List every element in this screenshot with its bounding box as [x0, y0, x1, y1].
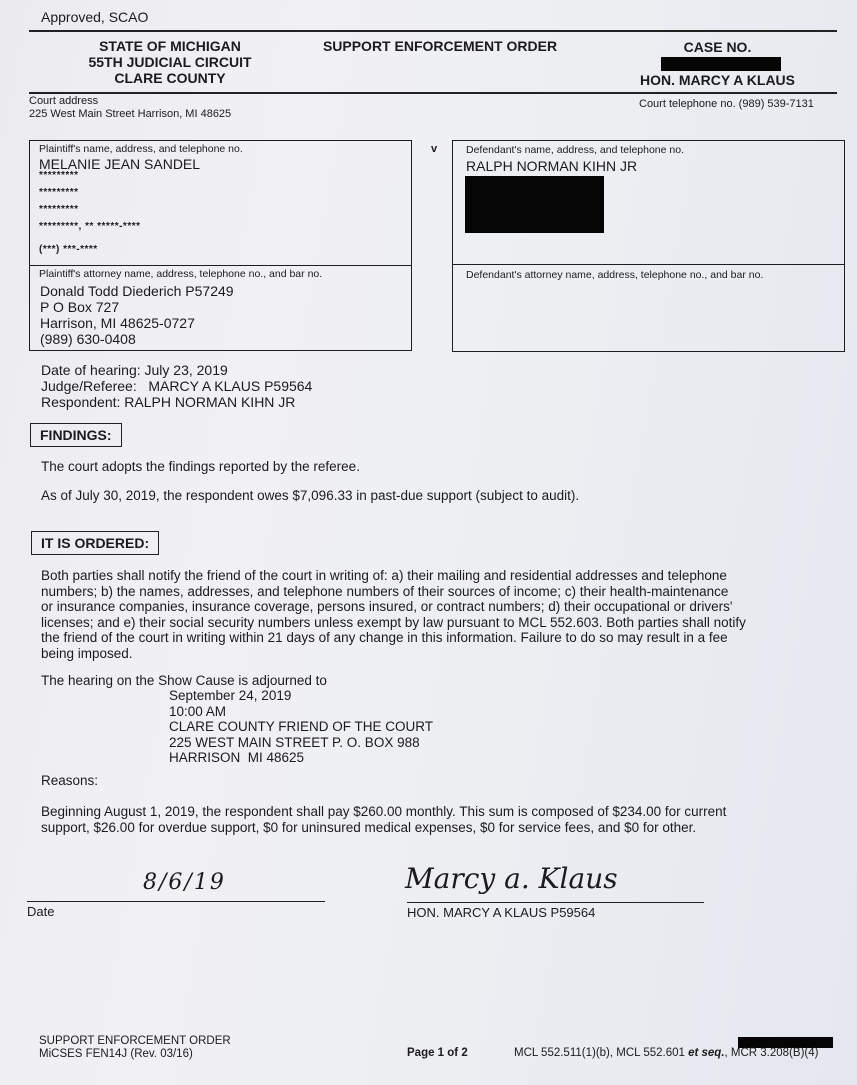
defendant-box-divider: [452, 264, 845, 265]
reasons-label: Reasons:: [41, 773, 98, 789]
paragraph-line: being imposed.: [41, 646, 746, 662]
attorney-city: Harrison, MI 48625-0727: [40, 315, 234, 331]
masked-phone: (***) ***-****: [39, 241, 141, 258]
header-bottom-rule: [29, 92, 837, 94]
footer-form-info: SUPPORT ENFORCEMENT ORDER MiCSES FEN14J …: [39, 1035, 231, 1061]
citation-post: , MCR 3.208(B)(4): [725, 1047, 819, 1059]
header-top-rule: [29, 30, 837, 32]
paragraph-line: numbers; b) the names, addresses, and te…: [41, 584, 746, 600]
adjourned-time: 10:00 AM: [169, 704, 433, 720]
adjourned-street: 225 WEST MAIN STREET P. O. BOX 988: [169, 735, 433, 751]
court-state: STATE OF MICHIGAN: [40, 38, 300, 54]
judge-signature-line: [407, 902, 704, 903]
footer-form-name: SUPPORT ENFORCEMENT ORDER: [39, 1035, 231, 1048]
hearing-respondent: Respondent: RALPH NORMAN KIHN JR: [41, 394, 312, 410]
defendant-attorney-label: Defendant's attorney name, address, tele…: [466, 269, 763, 281]
statute-citation: MCL 552.511(1)(b), MCL 552.601 et seq., …: [514, 1047, 818, 1059]
masked-line: *********: [39, 167, 141, 184]
judge-signature: Marcy a. Klaus: [405, 862, 618, 895]
findings-past-due: As of July 30, 2019, the respondent owes…: [41, 488, 579, 504]
defendant-name: RALPH NORMAN KIHN JR: [466, 158, 637, 174]
court-address: 225 West Main Street Harrison, MI 48625: [29, 108, 231, 121]
findings-adopted: The court adopts the findings reported b…: [41, 459, 360, 475]
court-name: STATE OF MICHIGAN 55TH JUDICIAL CIRCUIT …: [40, 38, 300, 86]
attorney-po-box: P O Box 727: [40, 299, 234, 315]
attorney-phone: (989) 630-0408: [40, 331, 234, 347]
adjourned-details: September 24, 2019 10:00 AM CLARE COUNTY…: [169, 688, 433, 766]
citation-pre: MCL 552.511(1)(b), MCL 552.601: [514, 1047, 688, 1059]
case-number-label: CASE NO.: [630, 39, 805, 55]
payment-line: Beginning August 1, 2019, the respondent…: [41, 804, 726, 820]
adjourned-intro: The hearing on the Show Cause is adjourn…: [41, 673, 327, 689]
court-circuit: 55TH JUDICIAL CIRCUIT: [40, 54, 300, 70]
page-number: Page 1 of 2: [407, 1047, 468, 1059]
citation-et-seq: et seq.: [688, 1047, 724, 1059]
court-telephone: Court telephone no. (989) 539-7131: [639, 98, 814, 111]
approved-label: Approved, SCAO: [41, 9, 148, 25]
adjourned-location: CLARE COUNTY FRIEND OF THE COURT: [169, 719, 433, 735]
findings-heading: FINDINGS:: [30, 423, 122, 447]
plaintiff-attorney-label: Plaintiff's attorney name, address, tele…: [39, 268, 322, 280]
case-number-redacted: [661, 57, 781, 71]
payment-line: support, $26.00 for overdue support, $0 …: [41, 820, 726, 836]
plaintiff-label: Plaintiff's name, address, and telephone…: [39, 143, 243, 155]
plaintiff-attorney-info: Donald Todd Diederich P57249 P O Box 727…: [40, 283, 234, 347]
judge-name: HON. MARCY A KLAUS: [620, 72, 815, 88]
signer-name: HON. MARCY A KLAUS P59564: [407, 905, 595, 920]
footer-form-code: MiCSES FEN14J (Rev. 03/16): [39, 1048, 231, 1061]
court-county: CLARE COUNTY: [40, 70, 300, 86]
hearing-info: Date of hearing: July 23, 2019 Judge/Ref…: [41, 362, 312, 410]
hearing-judge: Judge/Referee: MARCY A KLAUS P59564: [41, 378, 312, 394]
adjourned-city: HARRISON MI 48625: [169, 750, 433, 766]
defendant-address-redacted: [465, 176, 604, 233]
payment-paragraph: Beginning August 1, 2019, the respondent…: [41, 804, 726, 835]
versus-label: v: [431, 143, 437, 155]
masked-line: *********: [39, 184, 141, 201]
handwritten-date: 8/6/19: [143, 870, 226, 895]
paragraph-line: the friend of the court in writing withi…: [41, 630, 746, 646]
masked-line: *********, ** *****-****: [39, 218, 141, 235]
hearing-date: Date of hearing: July 23, 2019: [41, 362, 312, 378]
court-address-label: Court address: [29, 95, 98, 108]
paragraph-line: Both parties shall notify the friend of …: [41, 568, 746, 584]
notification-paragraph: Both parties shall notify the friend of …: [41, 568, 746, 661]
adjourned-date: September 24, 2019: [169, 688, 433, 704]
paragraph-line: licenses; and e) their social security n…: [41, 615, 746, 631]
plaintiff-address-masked: ********* ********* ********* *********,…: [39, 167, 141, 258]
paragraph-line: or insurance companies, insurance covera…: [41, 599, 746, 615]
date-signature-line: [27, 901, 325, 902]
attorney-name: Donald Todd Diederich P57249: [40, 283, 234, 299]
date-label: Date: [27, 904, 54, 919]
ordered-heading: IT IS ORDERED:: [31, 531, 159, 555]
plaintiff-box-divider: [29, 265, 412, 266]
form-title: SUPPORT ENFORCEMENT ORDER: [300, 38, 580, 54]
masked-line: *********: [39, 201, 141, 218]
defendant-label: Defendant's name, address, and telephone…: [466, 144, 684, 156]
